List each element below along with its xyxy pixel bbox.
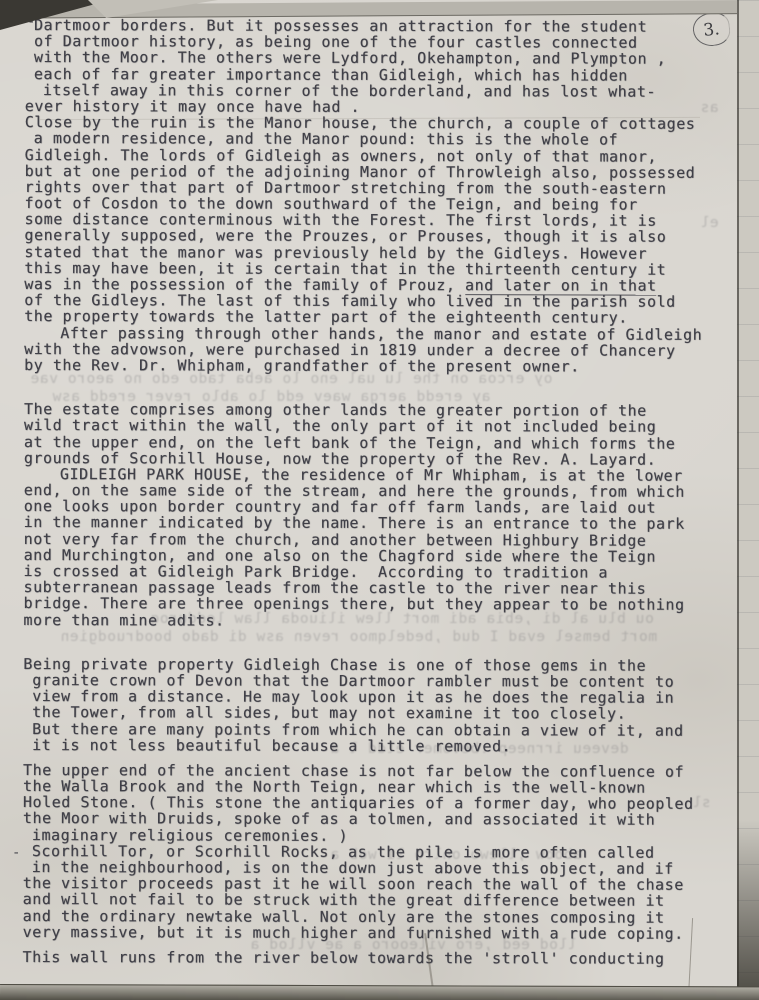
typed-text-segment: it is not less beautiful because a littl… xyxy=(32,736,511,755)
typed-line: very massive, but it is much higher and … xyxy=(23,924,729,942)
typed-text-segment: very massive, but it is much higher and … xyxy=(23,923,684,943)
typed-text: Dartmoor borders. But it possesses an at… xyxy=(23,17,731,967)
typed-line: This wall runs from the river below towa… xyxy=(23,949,729,967)
paragraph-gap xyxy=(24,373,730,403)
document-page: oy ercoa on the lu ual eno lo aeba tado … xyxy=(0,0,759,1000)
paper-edge-right-shadow xyxy=(737,820,759,1000)
typed-text-segment: more than mine adits. xyxy=(23,611,224,630)
paper-edge-bottom xyxy=(0,984,759,1000)
typed-line: by the Rev. Dr. Whipham, grandfather of … xyxy=(24,357,730,375)
margin-dash-mark: - xyxy=(12,845,20,861)
paragraph-gap xyxy=(23,628,729,658)
typed-text-segment: by the Rev. Dr. Whipham, grandfather of … xyxy=(24,356,580,375)
typed-line: more than mine adits. xyxy=(23,612,729,630)
typed-text-segment: This wall runs from the river below towa… xyxy=(23,948,665,968)
